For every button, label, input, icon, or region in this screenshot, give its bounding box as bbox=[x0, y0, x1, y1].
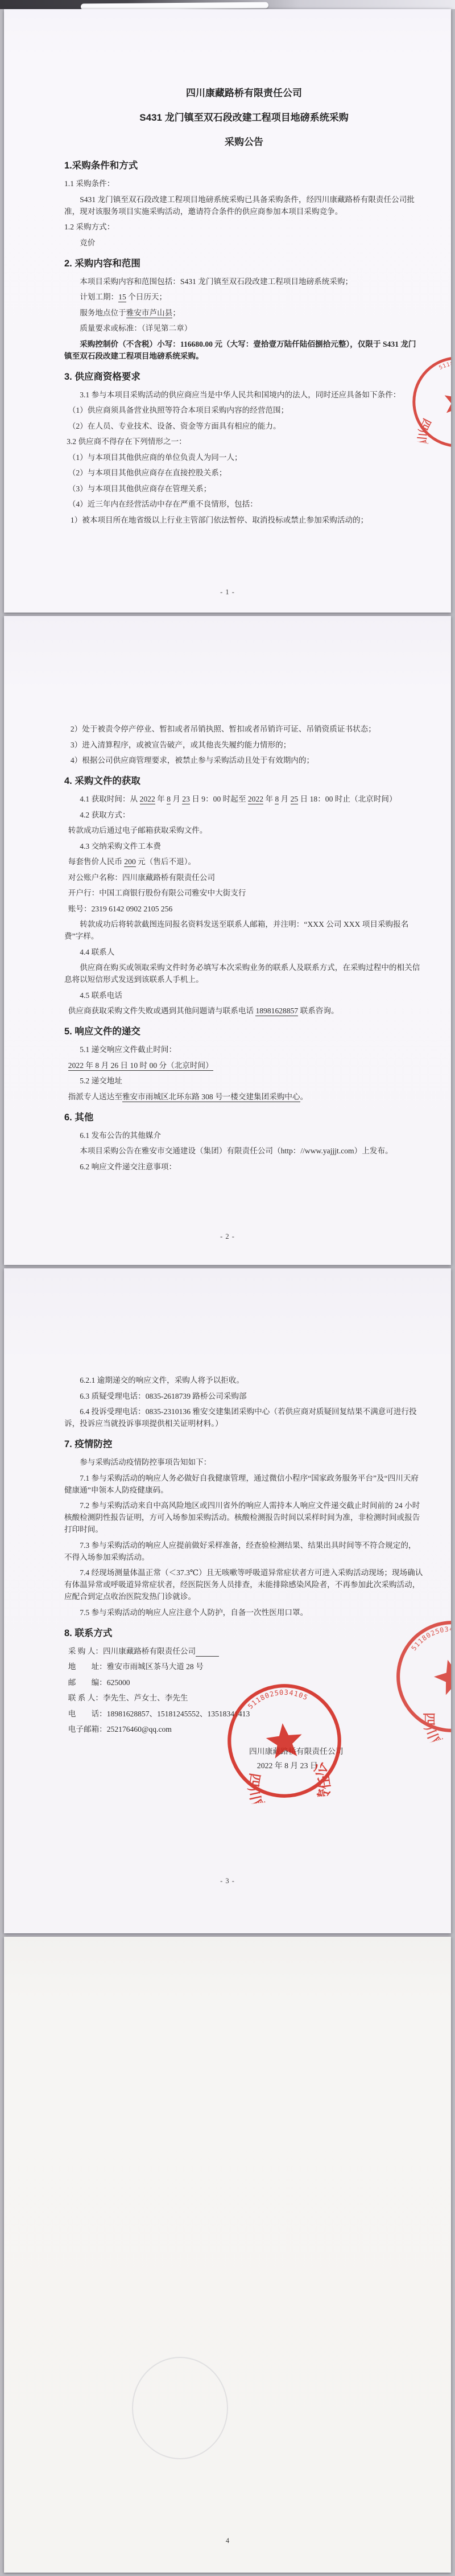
text-run: 7.1 参与采购活动的响应人务必做好自我健康管理，通过微信小程序“国家政务服务平… bbox=[64, 1474, 419, 1494]
paragraph: 6.2.1 逾期递交的响应文件，采购人将予以拒收。 bbox=[64, 1374, 424, 1386]
page-content: 6.2.1 逾期递交的响应文件，采购人将予以拒收。6.3 质疑受理电话：0835… bbox=[64, 1268, 424, 1774]
text-run: 雅安市芦山县 bbox=[126, 309, 173, 318]
text-run: 本项目采购内容和范围包括：S431 龙门镇至双石段改建工程项目地磅系统采购； bbox=[80, 277, 353, 286]
text-run: 地 址：雅安市雨城区茶马大道 28 号 bbox=[68, 1662, 204, 1671]
paragraph: 服务地点位于雅安市芦山县； bbox=[64, 307, 424, 319]
paragraph: 7.1 参与采购活动的响应人务必做好自我健康管理，通过微信小程序“国家政务服务平… bbox=[64, 1472, 424, 1496]
seal-star-icon bbox=[441, 385, 451, 417]
paragraph: 2022 年 8 月 26 日 10 时 00 分（北京时间） bbox=[64, 1059, 424, 1071]
text-run: 6.1 发布公告的其他媒介 bbox=[80, 1131, 161, 1140]
text-run: 质量要求或标准：（详见第二章） bbox=[80, 324, 192, 332]
text-run: 个日历天； bbox=[126, 293, 167, 301]
text-run: 服务地点位于 bbox=[80, 309, 126, 317]
paragraph: 7.2 参与采购活动来自中高风险地区或四川省外的响应人需持本人响应文件递交截止时… bbox=[64, 1499, 424, 1535]
text-run: 开户行：中国工商银行股份有限公司雅安中大街支行 bbox=[68, 889, 246, 897]
paragraph: （2）在人员、专业技术、设备、资金等方面具有相应的能力。 bbox=[64, 420, 424, 432]
paragraph: 指派专人送达至雅安市雨城区北环东路 308 号一楼交建集团采购中心。 bbox=[64, 1091, 424, 1103]
section-heading: 3. 供应商资格要求 bbox=[64, 370, 424, 384]
text-run: 。 bbox=[300, 1092, 308, 1101]
text-run: 2022 年 8 月 23 日 bbox=[257, 1761, 318, 1770]
text-run: 5.2 递交地址 bbox=[80, 1077, 122, 1085]
text-run: 供应商在购买或领取采购文件时务必填写本次采购业务的联系人及联系方式，在采购过程中… bbox=[64, 963, 420, 984]
text-run: 2022 bbox=[140, 795, 155, 804]
paragraph: 竞价 bbox=[64, 237, 424, 249]
section-heading: 1.采购条件和方式 bbox=[64, 159, 424, 172]
paragraph: 5.2 递交地址 bbox=[64, 1075, 424, 1087]
paragraph: 电子邮箱：252176460@qq.com bbox=[64, 1723, 424, 1735]
text-run: 4）根据公司供应商管理要求，被禁止参与采购活动且处于有效期内的； bbox=[71, 756, 314, 765]
document-page-4: 4 bbox=[4, 1937, 451, 2573]
text-run: 7.4 经现场测量体温正常（＜37.3℃）且无咳嗽等呼吸道异常症状者方可进入采购… bbox=[64, 1568, 423, 1601]
paragraph: 5.1 递交响应文件截止时间： bbox=[64, 1043, 424, 1055]
text-run: 23 bbox=[182, 795, 190, 804]
text-run: 计划工期： bbox=[80, 293, 118, 301]
paragraph: 采 购 人：四川康藏路桥有限责任公司 bbox=[64, 1645, 424, 1657]
document-page-3: 6.2.1 逾期递交的响应文件，采购人将予以拒收。6.3 质疑受理电话：0835… bbox=[4, 1268, 451, 1933]
text-run: 5.1 递交响应文件截止时间： bbox=[80, 1045, 176, 1054]
text-run: 4.1 获取时间：从 bbox=[80, 795, 139, 803]
paragraph: 开户行：中国工商银行股份有限公司雅安中大街支行 bbox=[64, 887, 424, 899]
page-number: 4 bbox=[4, 2537, 451, 2545]
text-run: 7.2 参与采购活动来自中高风险地区或四川省外的响应人需持本人响应文件递交截止时… bbox=[64, 1501, 420, 1534]
text-run: 参与采购活动疫情防控事项告知如下： bbox=[80, 1458, 211, 1466]
text-run: 1.采购条件和方式 bbox=[64, 161, 138, 171]
section-heading: 5. 响应文件的递交 bbox=[64, 1025, 424, 1038]
text-run: 指派专人送达至 bbox=[68, 1092, 122, 1101]
paragraph: 6.3 质疑受理电话：0835-2618739 路桥公司采购部 bbox=[64, 1390, 424, 1402]
text-run: 月 bbox=[171, 795, 182, 803]
paragraph: （1）供应商须具备营业执照等符合本项目采购内容的经营范围； bbox=[64, 404, 424, 416]
text-run: 采购公告 bbox=[225, 137, 263, 147]
paragraph: 3）进入清算程序，或被宣告破产，或其他丧失履约能力情形的； bbox=[64, 739, 424, 751]
paragraph: 转款成功后将转款截图连同报名资料发送至联系人邮箱，并注明：“XXX 公司 XXX… bbox=[64, 918, 424, 942]
text-run: S431 龙门镇至双石段改建工程项目地磅系统采购 bbox=[139, 112, 348, 123]
paragraph: 电 话：18981628857、15181245552、13518341413 bbox=[64, 1708, 424, 1720]
text-run: 25 bbox=[291, 795, 299, 804]
text-run: 电 话：18981628857、15181245552、13518341413 bbox=[68, 1710, 250, 1718]
text-run: 4.5 联系电话 bbox=[80, 991, 122, 1000]
paragraph: 计划工期：15 个日历天； bbox=[64, 291, 424, 303]
text-run: 200 bbox=[124, 857, 135, 867]
text-run: 4.3 交纳采购文件工本费 bbox=[80, 842, 161, 851]
paragraph: 1.1 采购条件： bbox=[64, 178, 424, 190]
text-run: 雅安市雨城区北环东路 308 号一楼交建集团采购中心 bbox=[122, 1092, 300, 1102]
text-run: S431 龙门镇至双石段改建工程项目地磅系统采购已具备采购条件，经四川康藏路桥有… bbox=[64, 195, 415, 216]
paragraph: 供应商在购买或领取采购文件时务必填写本次采购业务的联系人及联系方式，在采购过程中… bbox=[64, 962, 424, 985]
text-run: 6.2.1 逾期递交的响应文件，采购人将予以拒收。 bbox=[80, 1376, 244, 1384]
paragraph-emphasis: 采购控制价（不含税）小写：116680.00 元（大写：壹拾壹万陆仟陆佰捌拾元整… bbox=[64, 338, 424, 362]
paragraph: 7.5 参与采购活动的响应人应注意个人防护，自备一次性医用口罩。 bbox=[64, 1607, 424, 1618]
text-run: 竞价 bbox=[80, 239, 95, 247]
text-run: （2）与本项目其他供应商存在直接控股关系； bbox=[68, 469, 227, 477]
document-title-line: 四川康藏路桥有限责任公司 bbox=[64, 85, 424, 101]
page-content: 四川康藏路桥有限责任公司S431 龙门镇至双石段改建工程项目地磅系统采购采购公告… bbox=[64, 9, 424, 529]
section-heading: 6. 其他 bbox=[64, 1111, 424, 1124]
text-run: 2022 bbox=[248, 795, 263, 804]
page-content: 2）处于被责令停产停业、暂扣或者吊销执照、暂扣或者吊销许可证、吊销资质证书状态；… bbox=[64, 616, 424, 1176]
text-run: 2022 年 8 月 26 日 10 时 00 分（北京时间） bbox=[68, 1061, 213, 1071]
paragraph: 4.2 获取方式： bbox=[64, 809, 424, 821]
text-run: 每套售价人民币 bbox=[68, 857, 125, 866]
paragraph: 联 系 人：李先生、芦女士、李先生 bbox=[64, 1692, 424, 1704]
paragraph: 4）根据公司供应商管理要求，被禁止参与采购活动且处于有效期内的； bbox=[64, 754, 424, 766]
svg-text:5118025034105: 5118025034105 bbox=[437, 356, 451, 381]
paragraph: 3.2 供应商不得存在下列情形之一： bbox=[64, 436, 424, 447]
text-run: 15 bbox=[118, 293, 126, 302]
text-run: 年 bbox=[263, 795, 275, 803]
paragraph: 4.4 联系人 bbox=[64, 946, 424, 958]
text-run: 5. 响应文件的递交 bbox=[64, 1026, 140, 1037]
paragraph: 本项目采购公告在雅安市交通建设（集团）有限责任公司（http：//www.yaj… bbox=[64, 1145, 424, 1157]
text-run: 供应商获取采购文件失败或遇到其他问题请与联系电话 bbox=[68, 1006, 256, 1015]
paragraph: 7.4 经现场测量体温正常（＜37.3℃）且无咳嗽等呼吸道异常症状者方可进入采购… bbox=[64, 1567, 424, 1603]
paragraph: 参与采购活动疫情防控事项告知如下： bbox=[64, 1456, 424, 1468]
text-run: ； bbox=[172, 309, 180, 317]
paragraph: 3.1 参与本项目采购活动的供应商应当是中华人民共和国境内的法人，同时还应具备如… bbox=[64, 389, 424, 401]
paragraph: （3）与本项目其他供应商存在管理关系； bbox=[64, 483, 424, 495]
paragraph: 6.2 响应文件递交注意事项： bbox=[64, 1161, 424, 1173]
document-page-1: 四川康藏路桥有限责任公司S431 龙门镇至双石段改建工程项目地磅系统采购采购公告… bbox=[4, 9, 451, 613]
paragraph: 每套售价人民币 200 元（售后不退）。 bbox=[64, 856, 424, 868]
text-run: 对公账户名称：四川康藏路桥有限责任公司 bbox=[68, 873, 215, 882]
section-heading: 8. 联系方式 bbox=[64, 1626, 424, 1640]
paragraph: 账号：2319 6142 0902 2105 256 bbox=[64, 903, 424, 915]
paragraph: 邮 编：625000 bbox=[64, 1677, 424, 1688]
paragraph: 6.1 发布公告的其他媒介 bbox=[64, 1129, 424, 1141]
paragraph: 4.3 交纳采购文件工本费 bbox=[64, 840, 424, 852]
text-run: 1.1 采购条件： bbox=[64, 179, 114, 188]
text-run: 7.5 参与采购活动的响应人应注意个人防护，自备一次性医用口罩。 bbox=[80, 1608, 308, 1617]
section-heading: 7. 疫情防控 bbox=[64, 1437, 424, 1451]
text-run: 2）处于被责令停产停业、暂扣或者吊销执照、暂扣或者吊销许可证、吊销资质证书状态； bbox=[71, 725, 376, 733]
paragraph: 6.4 投诉受理电话：0835-2310136 雅安交建集团采购中心（若供应商对… bbox=[64, 1406, 424, 1429]
text-run: 1）被本项目所在地省级以上行业主管部门依法暂停、取消投标或禁止参加采购活动的； bbox=[71, 516, 368, 524]
text-run: 元（售后不退）。 bbox=[136, 857, 196, 866]
paragraph: 4.5 联系电话 bbox=[64, 989, 424, 1001]
paragraph: （2）与本项目其他供应商存在直接控股关系； bbox=[64, 467, 424, 479]
paragraph: 质量要求或标准：（详见第二章） bbox=[64, 322, 424, 334]
text-run: 转款成功后通过电子邮箱获取采购文件。 bbox=[68, 826, 208, 835]
section-heading: 4. 采购文件的获取 bbox=[64, 774, 424, 788]
text-run bbox=[196, 1647, 219, 1657]
text-run: 4.4 联系人 bbox=[80, 948, 114, 956]
text-run: 6.4 投诉受理电话：0835-2310136 雅安交建集团采购中心（若供应商对… bbox=[64, 1407, 417, 1428]
text-run: 转款成功后将转款截图连同报名资料发送至联系人邮箱，并注明：“XXX 公司 XXX… bbox=[64, 920, 408, 940]
text-run: 月 bbox=[279, 795, 290, 803]
document-title-line: 采购公告 bbox=[64, 134, 424, 150]
text-run: 6.3 质疑受理电话：0835-2618739 路桥公司采购部 bbox=[80, 1392, 246, 1400]
page-number: - 3 - bbox=[4, 1877, 451, 1885]
seal-star-icon bbox=[431, 1655, 451, 1696]
text-run: 7.3 参与采购活动的响应人应提前做好采样准备，经查验检测结果、结果出具时间等不… bbox=[64, 1541, 416, 1562]
page-number: - 1 - bbox=[4, 588, 451, 597]
paragraph: 4.1 获取时间：从 2022 年 8 月 23 日 9：00 时起至 2022… bbox=[64, 793, 424, 805]
text-run: （4）近三年内在经营活动中存在严重不良情形，包括： bbox=[68, 500, 258, 508]
text-run: 本项目采购公告在雅安市交通建设（集团）有限责任公司（http：//www.yaj… bbox=[80, 1147, 392, 1155]
text-run: 四川康藏路桥有限责任公司 bbox=[186, 88, 302, 98]
text-run: 4. 采购文件的获取 bbox=[64, 776, 140, 786]
paragraph: 供应商获取采购文件失败或遇到其他问题请与联系电话 18981628857 联系咨… bbox=[64, 1005, 424, 1017]
paragraph: 本项目采购内容和范围包括：S431 龙门镇至双石段改建工程项目地磅系统采购； bbox=[64, 276, 424, 287]
text-run: 采购控制价（不含税）小写：116680.00 元（大写： bbox=[80, 340, 253, 348]
text-run: （3）与本项目其他供应商存在管理关系； bbox=[68, 484, 211, 493]
text-run: 日 18：00 时止（北京时间） bbox=[298, 795, 396, 803]
text-run: 18981628857 bbox=[255, 1006, 298, 1016]
text-run: 7. 疫情防控 bbox=[64, 1439, 112, 1449]
text-run: 3. 供应商资格要求 bbox=[64, 372, 140, 382]
paragraph: 对公账户名称：四川康藏路桥有限责任公司 bbox=[64, 872, 424, 884]
text-run: （1）供应商须具备营业执照等符合本项目采购内容的经营范围； bbox=[68, 406, 288, 414]
bleed-through-stamp-mark bbox=[132, 2357, 228, 2459]
text-run: 3）进入清算程序，或被宣告破产，或其他丧失履约能力情形的； bbox=[71, 741, 291, 749]
paragraph: （4）近三年内在经营活动中存在严重不良情形，包括： bbox=[64, 498, 424, 510]
text-run: 邮 编：625000 bbox=[68, 1678, 130, 1687]
section-heading: 2. 采购内容和范围 bbox=[64, 257, 424, 270]
paragraph: （1）与本项目其他供应商的单位负责人为同一人； bbox=[64, 451, 424, 463]
text-run: 四川康藏路桥有限责任公司 bbox=[249, 1747, 344, 1756]
signature-line: 2022 年 8 月 23 日 bbox=[249, 1760, 424, 1772]
signature-line: 四川康藏路桥有限责任公司 bbox=[249, 1745, 424, 1757]
text-run: 3.2 供应商不得存在下列情形之一： bbox=[67, 437, 187, 446]
text-run: 1.2 采购方式： bbox=[64, 223, 114, 231]
paragraph: 7.3 参与采购活动的响应人应提前做好采样准备，经查验检测结果、结果出具时间等不… bbox=[64, 1539, 424, 1563]
text-run: （1）与本项目其他供应商的单位负责人为同一人； bbox=[68, 453, 242, 462]
text-run: 账号：2319 6142 0902 2105 256 bbox=[68, 905, 173, 913]
text-run: 3.1 参与本项目采购活动的供应商应当是中华人民共和国境内的法人，同时还应具备如… bbox=[80, 391, 400, 399]
text-run: 年 bbox=[155, 795, 167, 803]
text-run: 电子邮箱：252176460@qq.com bbox=[68, 1725, 172, 1733]
document-page-2: 2）处于被责令停产停业、暂扣或者吊销执照、暂扣或者吊销许可证、吊销资质证书状态；… bbox=[4, 616, 451, 1265]
text-run: （2）在人员、专业技术、设备、资金等方面具有相应的能力。 bbox=[68, 422, 281, 430]
text-run: 日 9：00 时起至 bbox=[190, 795, 248, 803]
paragraph: 1.2 采购方式： bbox=[64, 221, 424, 233]
paragraph: 转款成功后通过电子邮箱获取采购文件。 bbox=[64, 824, 424, 836]
text-run: 采 购 人：四川康藏路桥有限责任公司 bbox=[68, 1647, 196, 1655]
paragraph: 2）处于被责令停产停业、暂扣或者吊销执照、暂扣或者吊销许可证、吊销资质证书状态； bbox=[64, 723, 424, 735]
page-number: - 2 - bbox=[4, 1232, 451, 1241]
text-run: 联系咨询。 bbox=[298, 1006, 338, 1015]
text-run: 联 系 人：李先生、芦女士、李先生 bbox=[68, 1694, 188, 1702]
paragraph: 地 址：雅安市雨城区茶马大道 28 号 bbox=[64, 1661, 424, 1673]
seal-code: 5118025034105 bbox=[437, 356, 451, 381]
text-run: 6.2 响应文件递交注意事项： bbox=[80, 1162, 176, 1171]
paragraph: 1）被本项目所在地省级以上行业主管部门依法暂停、取消投标或禁止参加采购活动的； bbox=[64, 514, 424, 526]
text-run: 8 bbox=[167, 795, 171, 804]
paragraph: S431 龙门镇至双石段改建工程项目地磅系统采购已具备采购条件，经四川康藏路桥有… bbox=[64, 194, 424, 217]
text-run: 4.2 获取方式： bbox=[80, 811, 130, 819]
document-title-line: S431 龙门镇至双石段改建工程项目地磅系统采购 bbox=[64, 110, 424, 125]
text-run: 8. 联系方式 bbox=[64, 1628, 112, 1638]
text-run: 壹拾壹万陆仟陆佰捌拾元整 bbox=[253, 340, 346, 348]
text-run: 6. 其他 bbox=[64, 1112, 93, 1123]
text-run: 2. 采购内容和范围 bbox=[64, 258, 140, 269]
